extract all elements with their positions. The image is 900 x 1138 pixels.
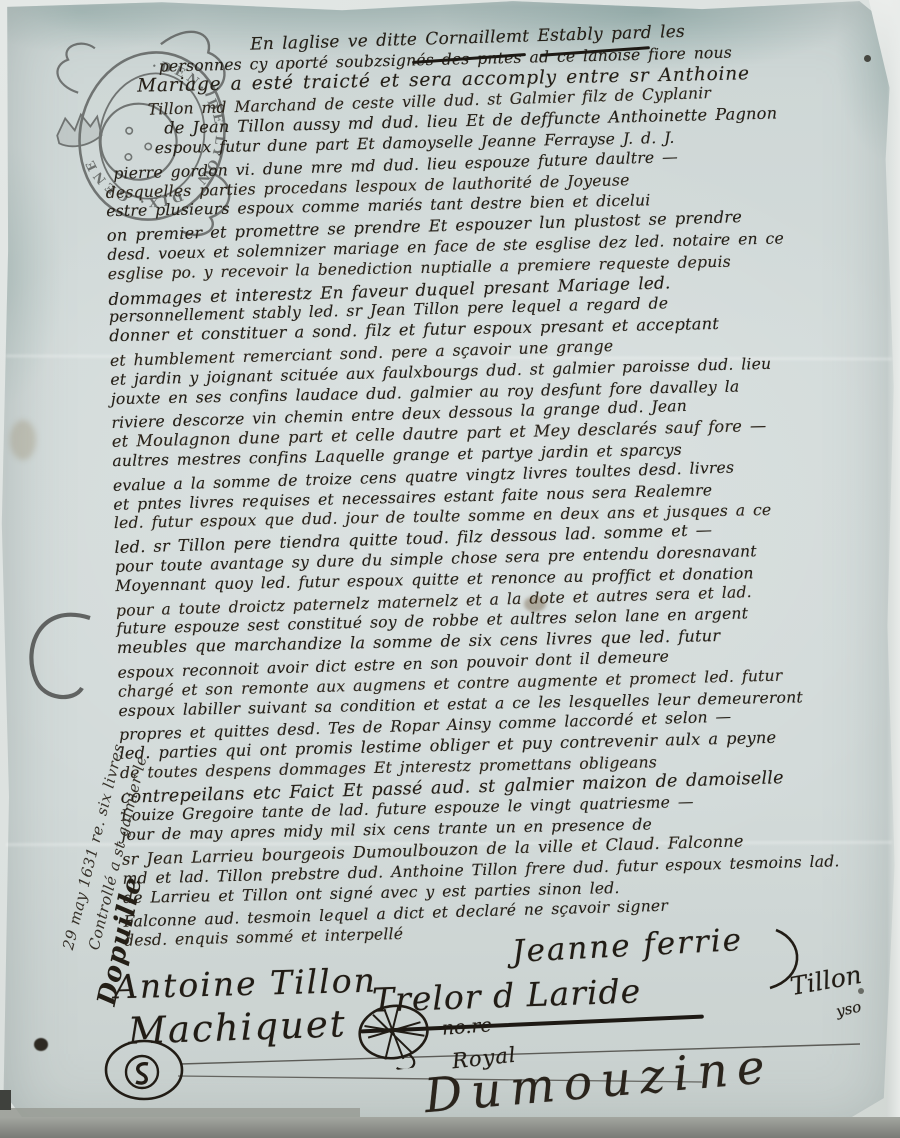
circled-paraph-icon [104,1036,890,1108]
document-scan: ·DEN· DE LYON ·DIX· GENE En laglise ve d… [0,0,900,1138]
scan-edge [887,0,900,1138]
paper-stain [10,420,36,460]
manuscript-body: En laglise ve ditte Cornaillemt Estably … [102,18,900,952]
scan-band [0,1117,900,1138]
ink-blot [34,1038,48,1051]
ink-speck [864,55,871,62]
scan-corner-mark [0,1090,11,1110]
margin-flourish-icon [16,606,108,710]
paper-stain [524,596,546,612]
ink-speck [858,988,864,994]
signature-antoine-tillon: Antoine Tillon [114,961,378,1007]
